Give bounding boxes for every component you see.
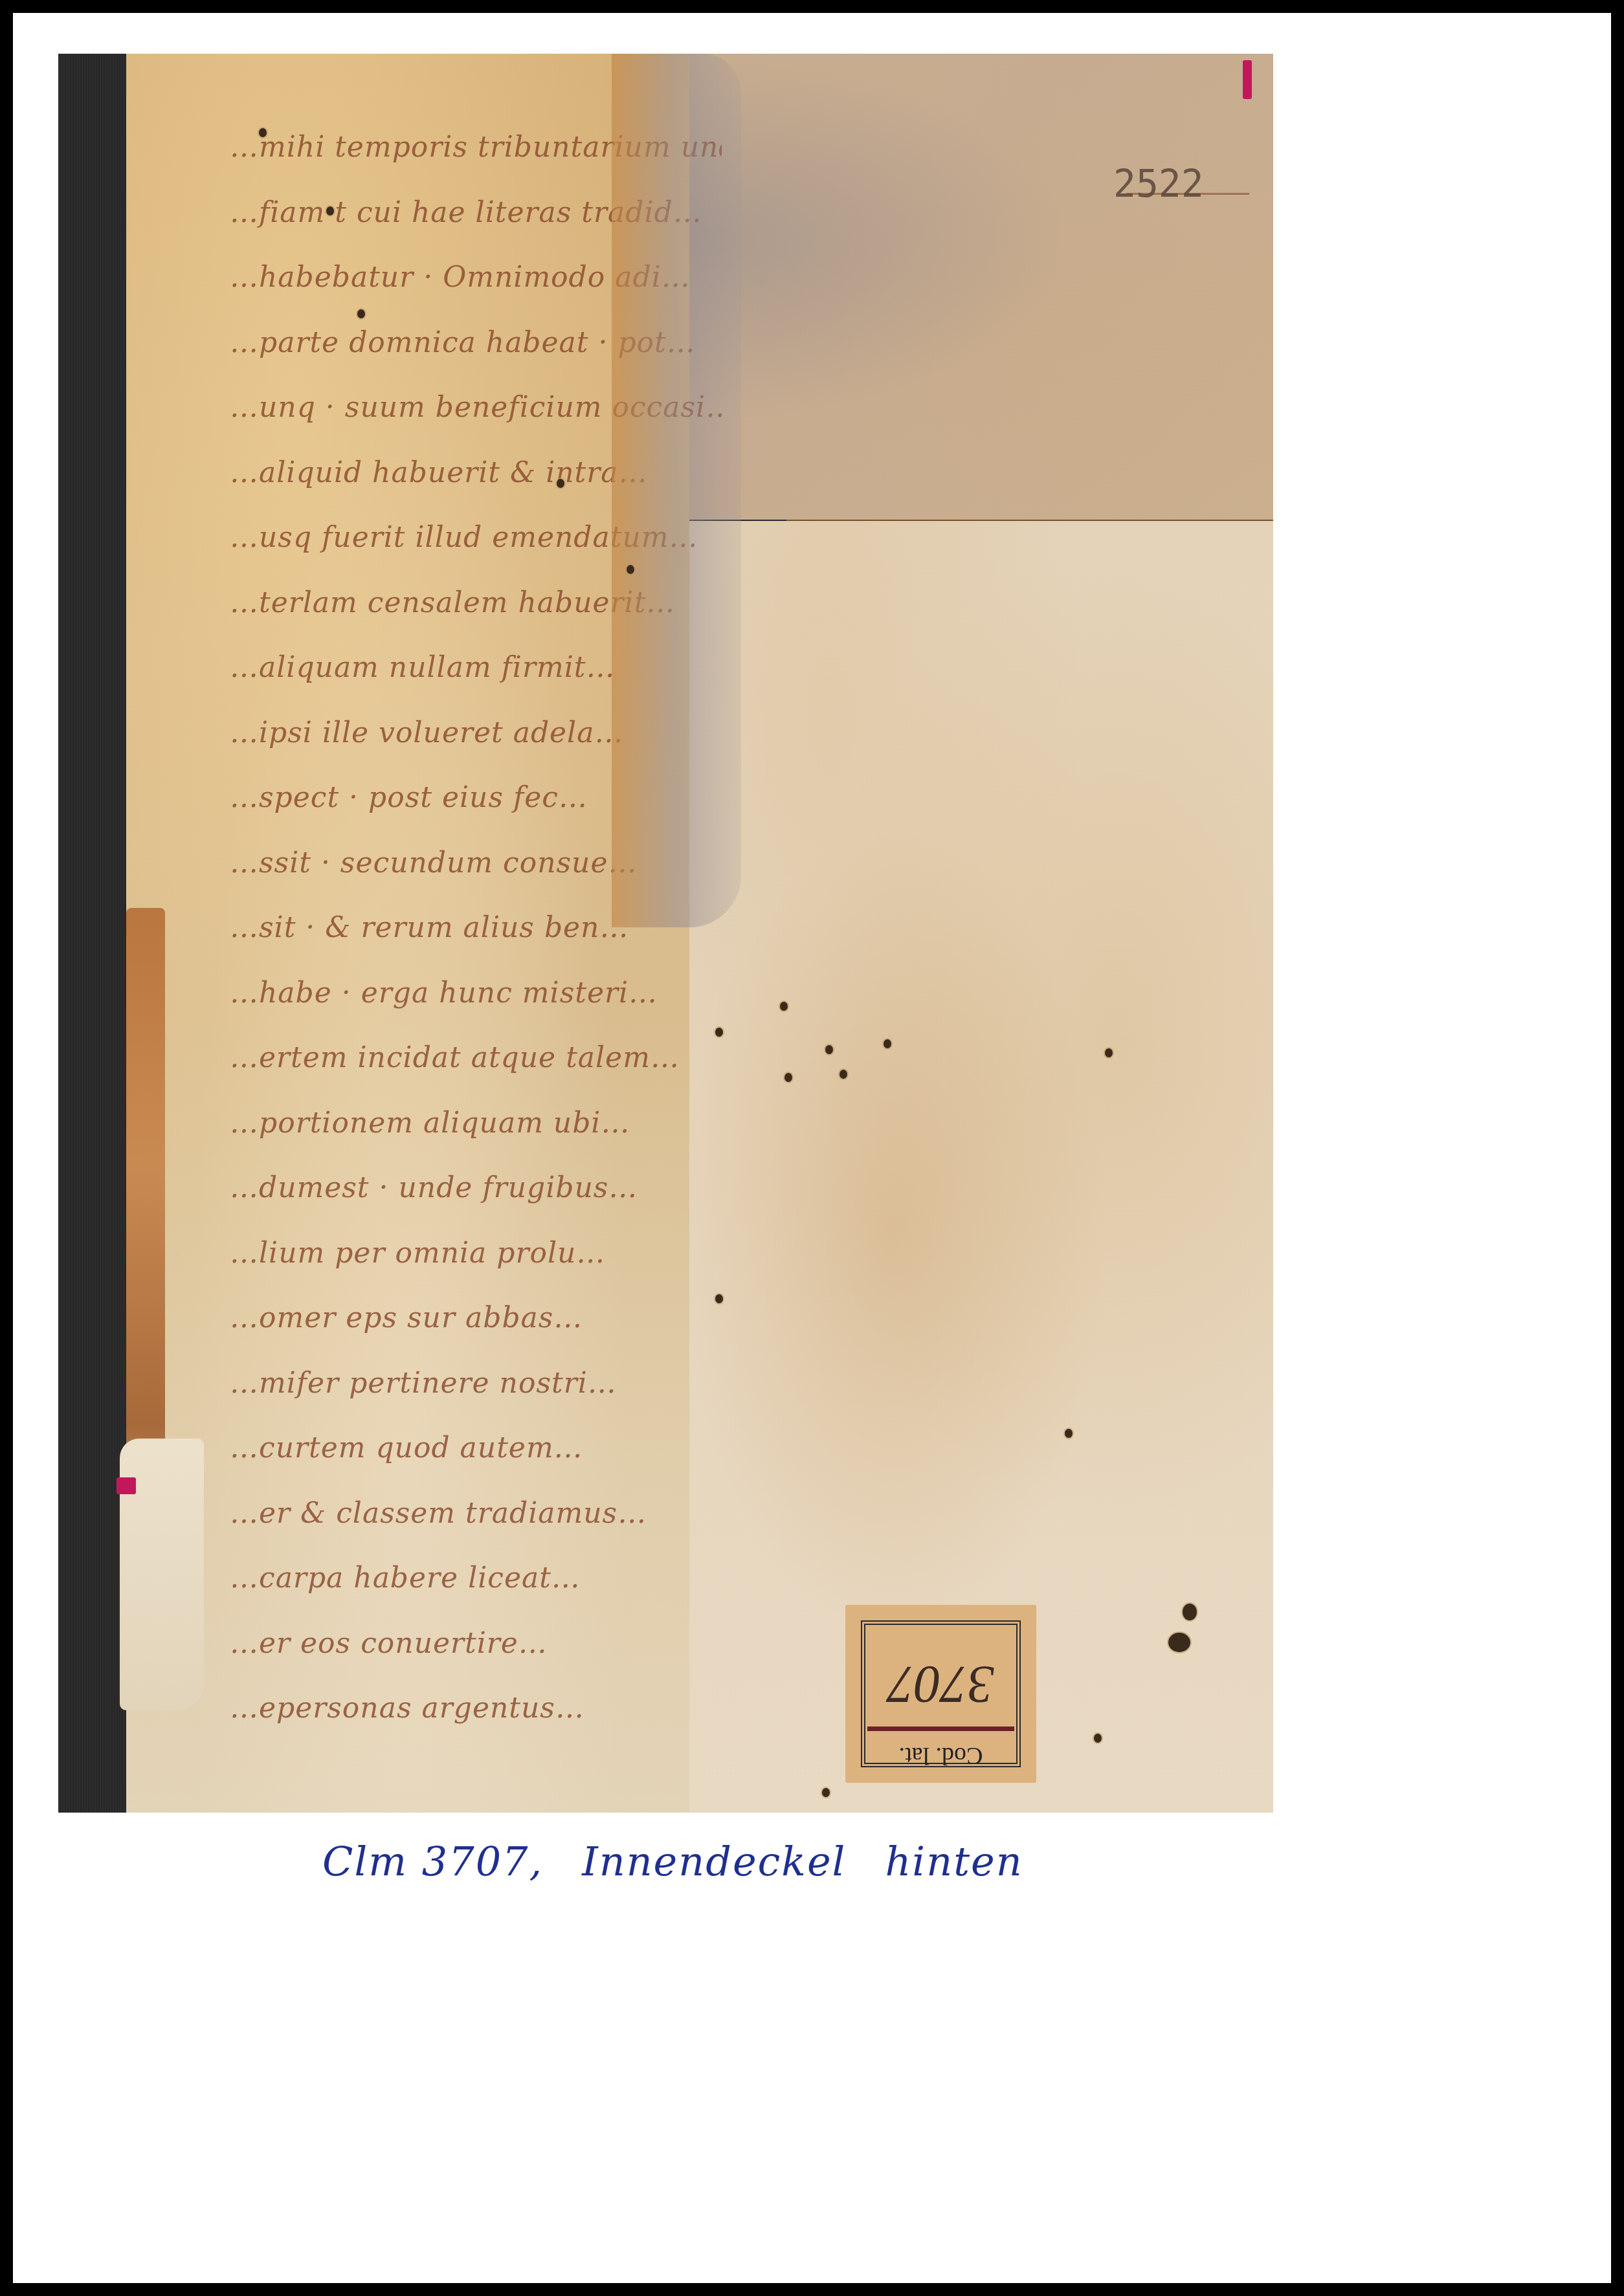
label-collection: Cod. lat. [845, 1741, 1036, 1770]
scan-sheet: …mihi temporis tribuntarium unde… …fiam … [13, 13, 1611, 2283]
wormhole [715, 1294, 723, 1303]
manuscript-line: …curtem quod autem… [230, 1416, 722, 1481]
wormhole [715, 1028, 723, 1037]
wormhole [259, 128, 267, 137]
water-stain [612, 54, 741, 927]
manuscript-line: …portionem aliquam ubi… [230, 1091, 722, 1156]
manuscript-line: …er & classem tradiamus… [230, 1481, 722, 1547]
wormhole [780, 1002, 788, 1011]
binding-photograph: …mihi temporis tribuntarium unde… …fiam … [58, 54, 1273, 1813]
wormhole [1183, 1604, 1197, 1620]
wormhole [1168, 1633, 1190, 1652]
wormhole [557, 479, 564, 488]
manuscript-line: …lium per omnia prolu… [230, 1221, 722, 1286]
handwritten-caption: Clm 3707, Innendeckel hinten [322, 1838, 1023, 1885]
library-shelf-label: Cod. lat. 3707 [845, 1605, 1036, 1783]
wormhole [825, 1045, 833, 1054]
wormhole [1065, 1429, 1073, 1438]
caption-position: hinten [885, 1838, 1023, 1885]
wormhole [884, 1039, 891, 1048]
wormhole [627, 565, 634, 574]
red-pigment-fleck [117, 1477, 136, 1494]
label-content-inverted: Cod. lat. 3707 [845, 1605, 1036, 1783]
old-shelfmark-note: 2522 [1113, 162, 1204, 206]
label-number: 3707 [845, 1654, 1036, 1715]
manuscript-line: …ertem incidat atque talem… [230, 1026, 722, 1091]
wormhole [784, 1073, 792, 1082]
wormhole [357, 309, 365, 318]
manuscript-line: …carpa habere liceat… [230, 1546, 722, 1611]
label-red-rule [867, 1727, 1014, 1731]
manuscript-line: …mifer pertinere nostri… [230, 1351, 722, 1417]
wormhole [1094, 1734, 1102, 1743]
wormhole [840, 1070, 847, 1079]
parchment-fragment: …mihi temporis tribuntarium unde… …fiam … [126, 54, 689, 1813]
manuscript-line: …dumest · unde frugibus… [230, 1156, 722, 1221]
manuscript-line: …omer eps sur abbas… [230, 1286, 722, 1351]
red-pigment-fleck [1243, 60, 1252, 99]
caption-shelfmark: Clm 3707, [322, 1838, 543, 1885]
wormhole [326, 206, 334, 215]
wormhole [822, 1788, 830, 1797]
caption-description: Innendeckel [582, 1838, 846, 1885]
manuscript-line: …habe · erga hunc misteri… [230, 961, 722, 1026]
binding-board-left [58, 54, 126, 1813]
wormhole [1105, 1048, 1113, 1057]
manuscript-line: …epersonas argentus… [230, 1676, 722, 1741]
manuscript-line: …er eos conuertire… [230, 1611, 722, 1677]
